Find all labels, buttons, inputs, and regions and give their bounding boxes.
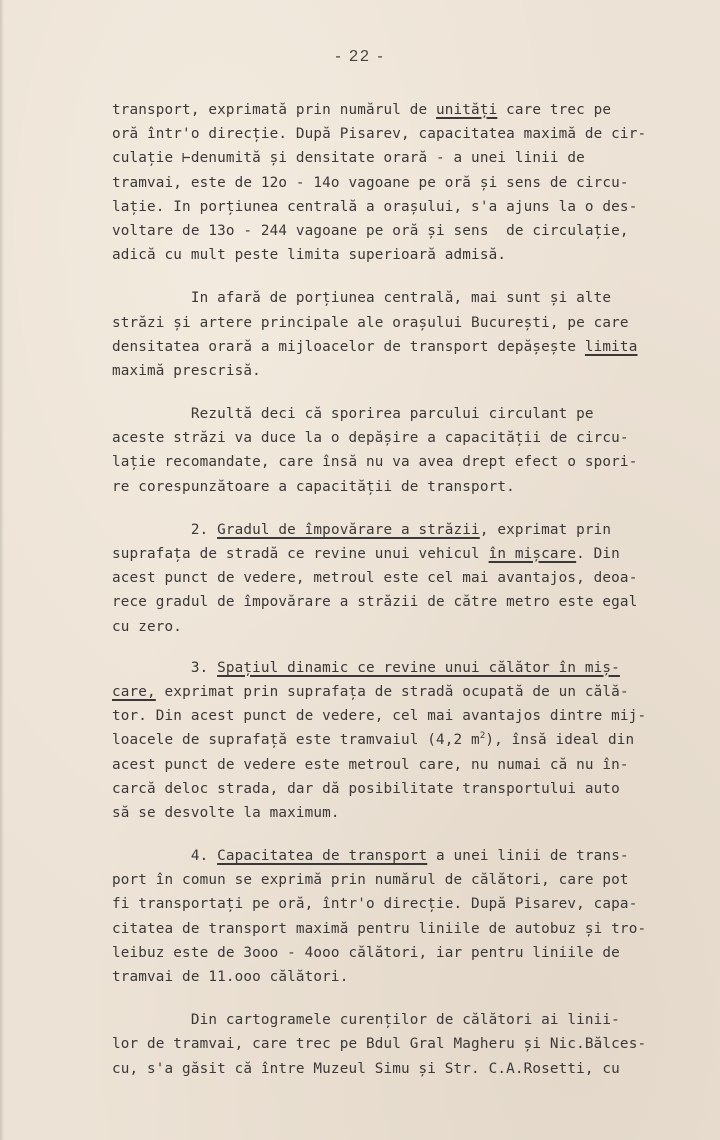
text-run: transport, exprimată prin numărul de [112, 102, 436, 118]
text-run: exprimat prin suprafața de stradă ocupat… [156, 684, 629, 700]
text-line: densitatea orară a mijloacelor de transp… [112, 335, 720, 359]
text-line: tramvai de 11.ooo călători. [112, 965, 720, 989]
text-run: acest punct de vedere este metroul care,… [112, 757, 629, 773]
text-line: lație. In porțiunea centrală a orașului,… [112, 195, 720, 219]
text-run: carcă deloc strada, dar dă posibilitate … [112, 781, 620, 797]
underlined-text: Gradul de împovărare a străzii [217, 522, 480, 538]
paragraph-result: Rezultă deci că sporirea parcului circul… [112, 402, 720, 499]
text-run: culație ⊢denumită și densitate orară - a… [112, 150, 585, 166]
paragraph-other-streets: In afară de porțiunea centrală, mai sunt… [112, 286, 720, 383]
text-run: , exprimat prin [480, 522, 611, 538]
text-run: să se desvolte la maximum. [112, 805, 340, 821]
text-run: citatea de transport maximă pentru linii… [112, 921, 646, 937]
text-run: ), însă ideal din [485, 732, 634, 748]
text-run: densitatea orară a mijloacelor de transp… [112, 339, 585, 355]
page-edge-shadow [0, 0, 4, 1140]
underlined-text: Spațiul dinamic ce revine unui călător î… [217, 660, 620, 676]
text-run: 4. [112, 848, 217, 864]
text-line: să se desvolte la maximum. [112, 801, 720, 825]
text-run: tor. Din acest punct de vedere, cel mai … [112, 708, 646, 724]
text-line: fi transportați pe oră, într'o direcție.… [112, 892, 720, 916]
text-line: rece gradul de împovărare a străzii de c… [112, 590, 720, 614]
page-number: - 22 - [0, 48, 720, 66]
text-line: oră într'o direcție. După Pisarev, capac… [112, 122, 720, 146]
text-run: aceste străzi va duce la o depășire a ca… [112, 430, 629, 446]
text-line: 3. Spațiul dinamic ce revine unui călăto… [112, 656, 720, 680]
text-run: lație recomandate, care însă nu va avea … [112, 454, 637, 470]
text-run: Rezultă deci că sporirea parcului circul… [112, 406, 594, 422]
text-run: 2. [112, 522, 217, 538]
typewritten-body: transport, exprimată prin numărul de uni… [112, 98, 720, 1081]
text-run: 3. [112, 660, 217, 676]
text-run: In afară de porțiunea centrală, mai sunt… [112, 290, 611, 306]
text-run: maximă prescrisă. [112, 363, 261, 379]
text-line: 4. Capacitatea de transport a unei linii… [112, 844, 720, 868]
text-line: acest punct de vedere, metroul este cel … [112, 566, 720, 590]
text-run: port în comun se exprimă prin numărul de… [112, 872, 629, 888]
underlined-text: Capacitatea de transport [217, 848, 427, 864]
text-line: cu zero. [112, 615, 720, 639]
text-run: a unei linii de trans- [427, 848, 628, 864]
text-line: port în comun se exprimă prin numărul de… [112, 868, 720, 892]
paragraph-cartograms: Din cartogramele curenților de călători … [112, 1008, 720, 1081]
text-line: cu, s'a găsit că între Muzeul Simu și St… [112, 1057, 720, 1081]
text-line: leibuz este de 3ooo - 4ooo călători, iar… [112, 941, 720, 965]
text-run: acest punct de vedere, metroul este cel … [112, 570, 637, 586]
text-line: voltare de 13o - 244 vagoane pe oră și s… [112, 219, 720, 243]
paragraph-gap [112, 383, 720, 402]
text-line: culație ⊢denumită și densitate orară - a… [112, 146, 720, 170]
text-run: Din cartogramele curenților de călători … [112, 1012, 620, 1028]
text-run: cu zero. [112, 619, 182, 635]
paragraph-point-3: 3. Spațiul dinamic ce revine unui călăto… [112, 656, 720, 825]
paragraph-gap [112, 639, 720, 656]
underlined-text: care, [112, 684, 156, 700]
text-run: străzi și artere principale ale orașului… [112, 315, 629, 331]
text-run: tramvai de 11.ooo călători. [112, 969, 348, 985]
paragraph-gap [112, 989, 720, 1008]
text-line: acest punct de vedere este metroul care,… [112, 753, 720, 777]
text-run: care trec pe [497, 102, 611, 118]
text-run: . Din [576, 546, 620, 562]
paragraph-point-2: 2. Gradul de împovărare a străzii, expri… [112, 518, 720, 639]
text-run: leibuz este de 3ooo - 4ooo călători, iar… [112, 945, 620, 961]
text-line: tor. Din acest punct de vedere, cel mai … [112, 704, 720, 728]
text-run: tramvai, este de 12o - 14o vagoane pe or… [112, 175, 629, 191]
text-line: lație recomandate, care însă nu va avea … [112, 450, 720, 474]
text-line: lor de tramvai, care trec pe Bdul Gral M… [112, 1032, 720, 1056]
text-line: adică cu mult peste limita superioară ad… [112, 243, 720, 267]
text-run: loacele de suprafață este tramvaiul (4,2… [112, 732, 480, 748]
text-run: lor de tramvai, care trec pe Bdul Gral M… [112, 1036, 646, 1052]
text-line: maximă prescrisă. [112, 359, 720, 383]
text-line: tramvai, este de 12o - 14o vagoane pe or… [112, 171, 720, 195]
text-run: lație. In porțiunea centrală a orașului,… [112, 199, 637, 215]
paragraph-gap [112, 267, 720, 286]
text-run: cu, s'a găsit că între Muzeul Simu și St… [112, 1061, 620, 1077]
paragraph-gap [112, 825, 720, 844]
text-line: In afară de porțiunea centrală, mai sunt… [112, 286, 720, 310]
document-page: - 22 - transport, exprimată prin numărul… [0, 0, 720, 1140]
text-line: Rezultă deci că sporirea parcului circul… [112, 402, 720, 426]
text-line: care, exprimat prin suprafața de stradă … [112, 680, 720, 704]
text-line: aceste străzi va duce la o depășire a ca… [112, 426, 720, 450]
text-line: citatea de transport maximă pentru linii… [112, 917, 720, 941]
text-run: rece gradul de împovărare a străzii de c… [112, 594, 637, 610]
text-run: adică cu mult peste limita superioară ad… [112, 247, 506, 263]
text-run: re corespunzătoare a capacității de tran… [112, 479, 515, 495]
text-line: 2. Gradul de împovărare a străzii, expri… [112, 518, 720, 542]
paragraph-point-4: 4. Capacitatea de transport a unei linii… [112, 844, 720, 989]
paragraph-continuation: transport, exprimată prin numărul de uni… [112, 98, 720, 267]
text-line: suprafața de stradă ce revine unui vehic… [112, 542, 720, 566]
text-line: carcă deloc strada, dar dă posibilitate … [112, 777, 720, 801]
text-run: fi transportați pe oră, într'o direcție.… [112, 896, 637, 912]
text-run: oră într'o direcție. După Pisarev, capac… [112, 126, 646, 142]
underlined-text: unități [436, 102, 497, 118]
text-run: suprafața de stradă ce revine unui vehic… [112, 546, 489, 562]
underlined-text: limita [585, 339, 638, 355]
text-line: loacele de suprafață este tramvaiul (4,2… [112, 728, 720, 752]
text-line: Din cartogramele curenților de călători … [112, 1008, 720, 1032]
text-line: străzi și artere principale ale orașului… [112, 311, 720, 335]
text-line: transport, exprimată prin numărul de uni… [112, 98, 720, 122]
text-run: voltare de 13o - 244 vagoane pe oră și s… [112, 223, 629, 239]
paragraph-gap [112, 499, 720, 518]
text-line: re corespunzătoare a capacității de tran… [112, 475, 720, 499]
underlined-text: în mișcare [489, 546, 577, 562]
